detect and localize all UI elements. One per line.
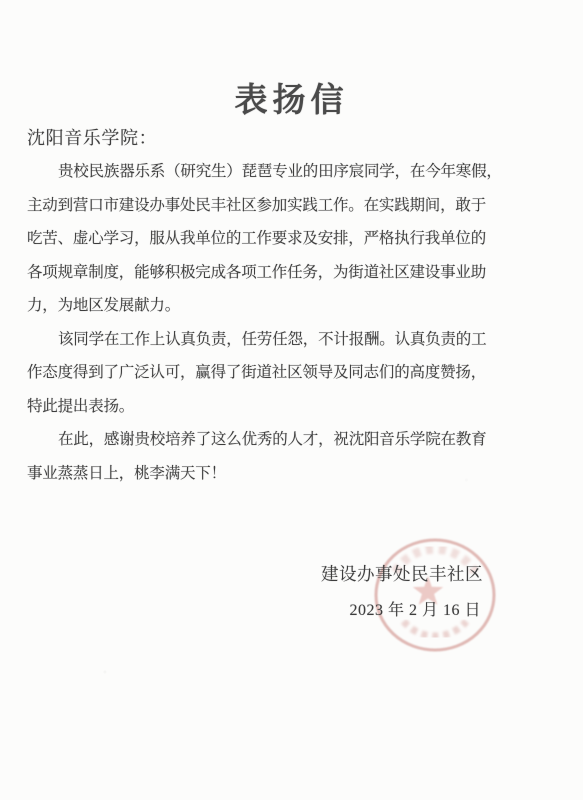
body-line: 在此，感谢贵校培养了这么优秀的人才，祝沈阳音乐学院在教育 — [27, 423, 527, 457]
letter-title: 表扬信 — [0, 74, 583, 121]
signature: 建设办事处民丰社区 — [321, 563, 483, 586]
closing-block: 建设办事处民丰社区 2023 年 2 月 16 日 — [321, 563, 483, 621]
body-line: 主动到营口市建设办事处民丰社区参加实践工作。在实践期间，敢于 — [27, 189, 527, 223]
body-line: 吃苦、虚心学习，服从我单位的工作要求及安排，严格执行我单位的 — [27, 222, 527, 256]
body-line: 特此提出表扬。 — [27, 390, 527, 424]
body-line: 该同学在工作上认真负责，任劳任怨，不计报酬。认真负责的工 — [27, 323, 527, 357]
body-line: 力，为地区发展献力。 — [27, 289, 527, 323]
body-line: 贵校民族器乐系（研究生）琵琶专业的田序宸同学，在今年寒假， — [27, 155, 527, 189]
date-line: 2023 年 2 月 16 日 — [321, 601, 483, 621]
seal-arc-text-bottom — [404, 621, 467, 636]
body-lines-host: 贵校民族器乐系（研究生）琵琶专业的田序宸同学，在今年寒假，主动到营口市建设办事处… — [27, 155, 527, 490]
letter-page: 表扬信 沈阳音乐学院： 贵校民族器乐系（研究生）琵琶专业的田序宸同学，在今年寒假… — [0, 0, 583, 800]
body-line: 各项规章制度，能够积极完成各项工作任务，为街道社区建设事业助 — [27, 256, 527, 290]
letter-body: 沈阳音乐学院： 贵校民族器乐系（研究生）琵琶专业的田序宸同学，在今年寒假，主动到… — [27, 121, 527, 490]
body-line: 事业蒸蒸日上，桃李满天下！ — [27, 457, 527, 491]
body-line: 作态度得到了广泛认可，赢得了街道社区领导及同志们的高度赞扬， — [27, 356, 527, 390]
salutation: 沈阳音乐学院： — [27, 121, 527, 155]
